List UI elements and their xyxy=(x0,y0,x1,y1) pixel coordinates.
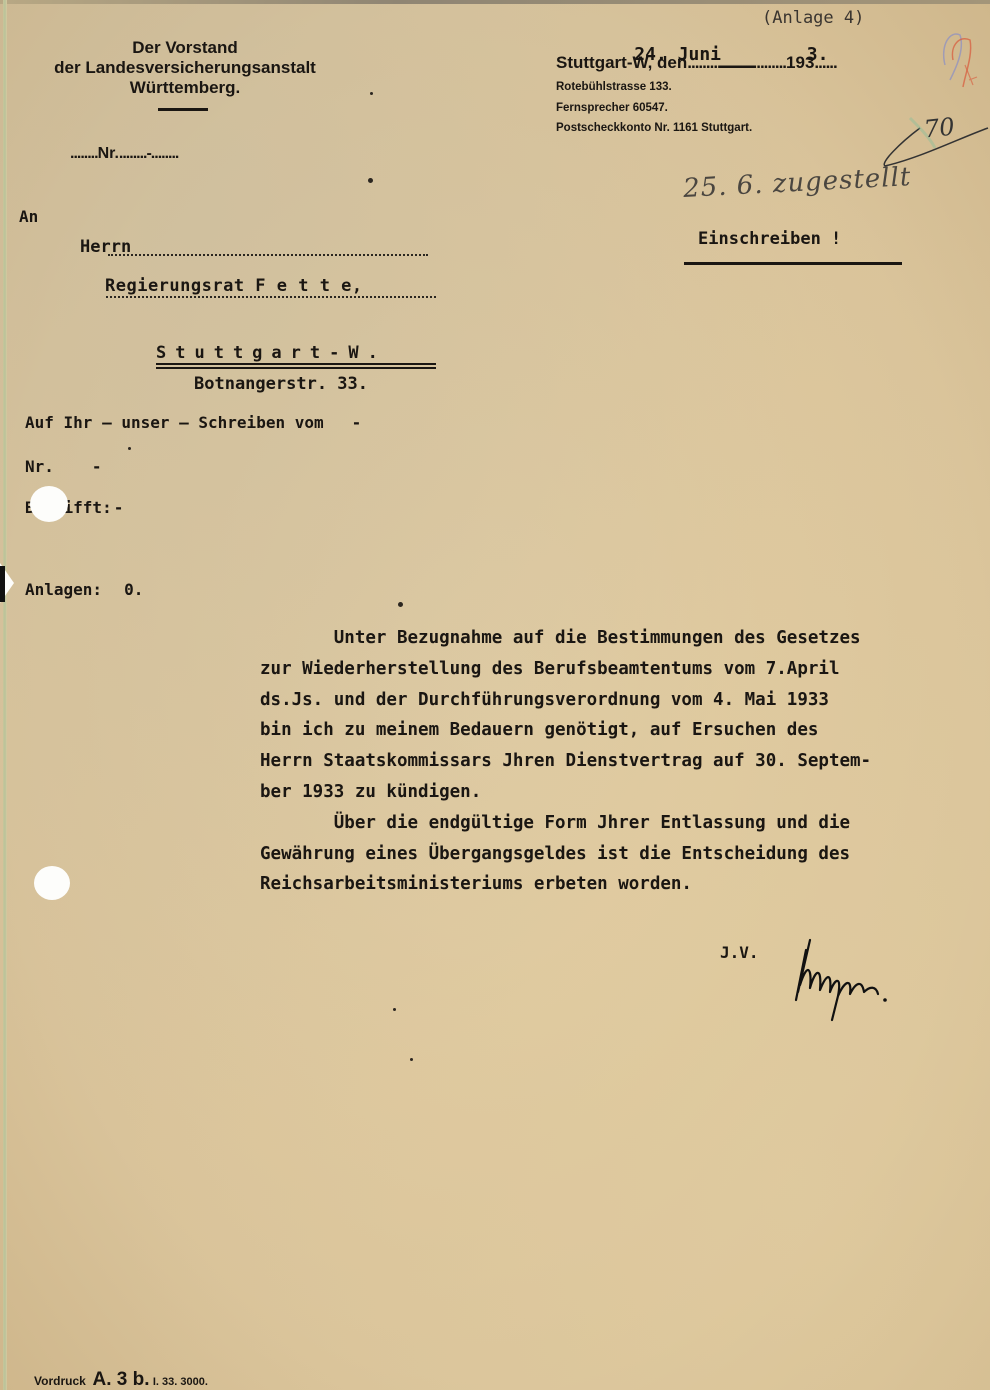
paper-speck xyxy=(368,178,373,183)
body-line: Gewährung eines Übergangsgeldes ist die … xyxy=(260,839,990,870)
to-label: An xyxy=(19,207,38,226)
handwritten-received-note: 25. 6. zugestellt xyxy=(682,162,912,204)
recipient-name: Regierungsrat F e t t e, xyxy=(105,276,363,296)
letter-page: Der Vorstand der Landesversicherungsanst… xyxy=(0,0,990,1390)
body-line: Reichsarbeitsministeriums erbeten worden… xyxy=(260,869,990,900)
body-line: zur Wiederherstellung des Berufsbeamtent… xyxy=(260,654,990,685)
handwritten-number: 70 xyxy=(923,112,956,143)
date-typed: 24. Juni xyxy=(634,44,721,65)
address-postal-account: Postscheckkonto Nr. 1161 Stuttgart. xyxy=(556,122,752,134)
letter-body: Unter Bezugnahme auf die Bestimmungen de… xyxy=(260,623,990,900)
address-phone: Fernsprecher 60547. xyxy=(556,102,668,114)
form-issue: I. 33. 3000. xyxy=(153,1376,208,1388)
address-dotted-line-2 xyxy=(106,296,436,298)
city-underline-1 xyxy=(156,363,436,365)
paper-speck xyxy=(410,1058,413,1061)
place-date-line: Stuttgart-W, den..................24. Ju… xyxy=(556,52,828,73)
ref-nr-label: Nr. xyxy=(98,145,119,162)
org-divider xyxy=(158,108,208,111)
paper-speck xyxy=(393,1008,396,1011)
your-letter-field: Auf Ihr — unser — Schreiben vom- xyxy=(25,413,361,432)
recipient-street: Botnangerstr. 33. xyxy=(194,374,368,394)
on-behalf-label: J.V. xyxy=(720,943,759,962)
body-line: ds.Js. und der Durchführungsverordnung v… xyxy=(260,685,990,716)
attachment-reference: (Anlage 4) xyxy=(762,8,864,28)
paper-speck xyxy=(128,447,131,450)
address-street: Rotebühlstrasse 133. xyxy=(556,81,672,93)
ref-nr-value: ........-........ xyxy=(119,145,178,162)
body-line: Über die endgültige Form Jhrer Entlassun… xyxy=(260,808,990,839)
punch-hole-top xyxy=(30,486,68,522)
org-line-2: der Landesversicherungsanstalt xyxy=(30,58,340,78)
page-left-edge xyxy=(3,0,7,1390)
form-label: Vordruck xyxy=(34,1374,86,1388)
attachments-field: Anlagen:0. xyxy=(25,580,143,599)
year-typed: 3. xyxy=(807,44,829,65)
file-tab-edge xyxy=(0,566,5,602)
number-field: Nr.- xyxy=(25,457,102,476)
form-code: A. 3 b. xyxy=(92,1369,149,1390)
body-line: ber 1933 zu kündigen. xyxy=(260,777,990,808)
org-line-3: Württemberg. xyxy=(30,78,340,98)
organization-header: Der Vorstand der Landesversicherungsanst… xyxy=(30,38,340,98)
paper-speck xyxy=(398,602,403,607)
recipient-city: Stuttgart-W. xyxy=(156,343,387,363)
reference-number: ........Nr.........-........ xyxy=(70,145,178,163)
paper-speck xyxy=(370,92,373,95)
registered-mail-label: Einschreiben ! xyxy=(698,229,841,249)
address-dotted-line-1 xyxy=(108,254,428,256)
org-line-1: Der Vorstand xyxy=(30,38,340,58)
body-line: Unter Bezugnahme auf die Bestimmungen de… xyxy=(260,623,990,654)
registered-mail-underline xyxy=(684,262,902,265)
body-line: Herrn Staatskommissars Jhren Dienstvertr… xyxy=(260,746,990,777)
colored-pencil-mark-icon xyxy=(935,25,980,95)
signature-icon xyxy=(790,930,900,1025)
punch-hole-bottom xyxy=(34,866,70,900)
form-footer: Vordruck A. 3 b. I. 33. 3000. xyxy=(34,1369,208,1390)
body-line: bin ich zu meinem Bedauern genötigt, auf… xyxy=(260,715,990,746)
page-top-edge xyxy=(0,0,990,4)
city-underline-2 xyxy=(156,367,436,369)
